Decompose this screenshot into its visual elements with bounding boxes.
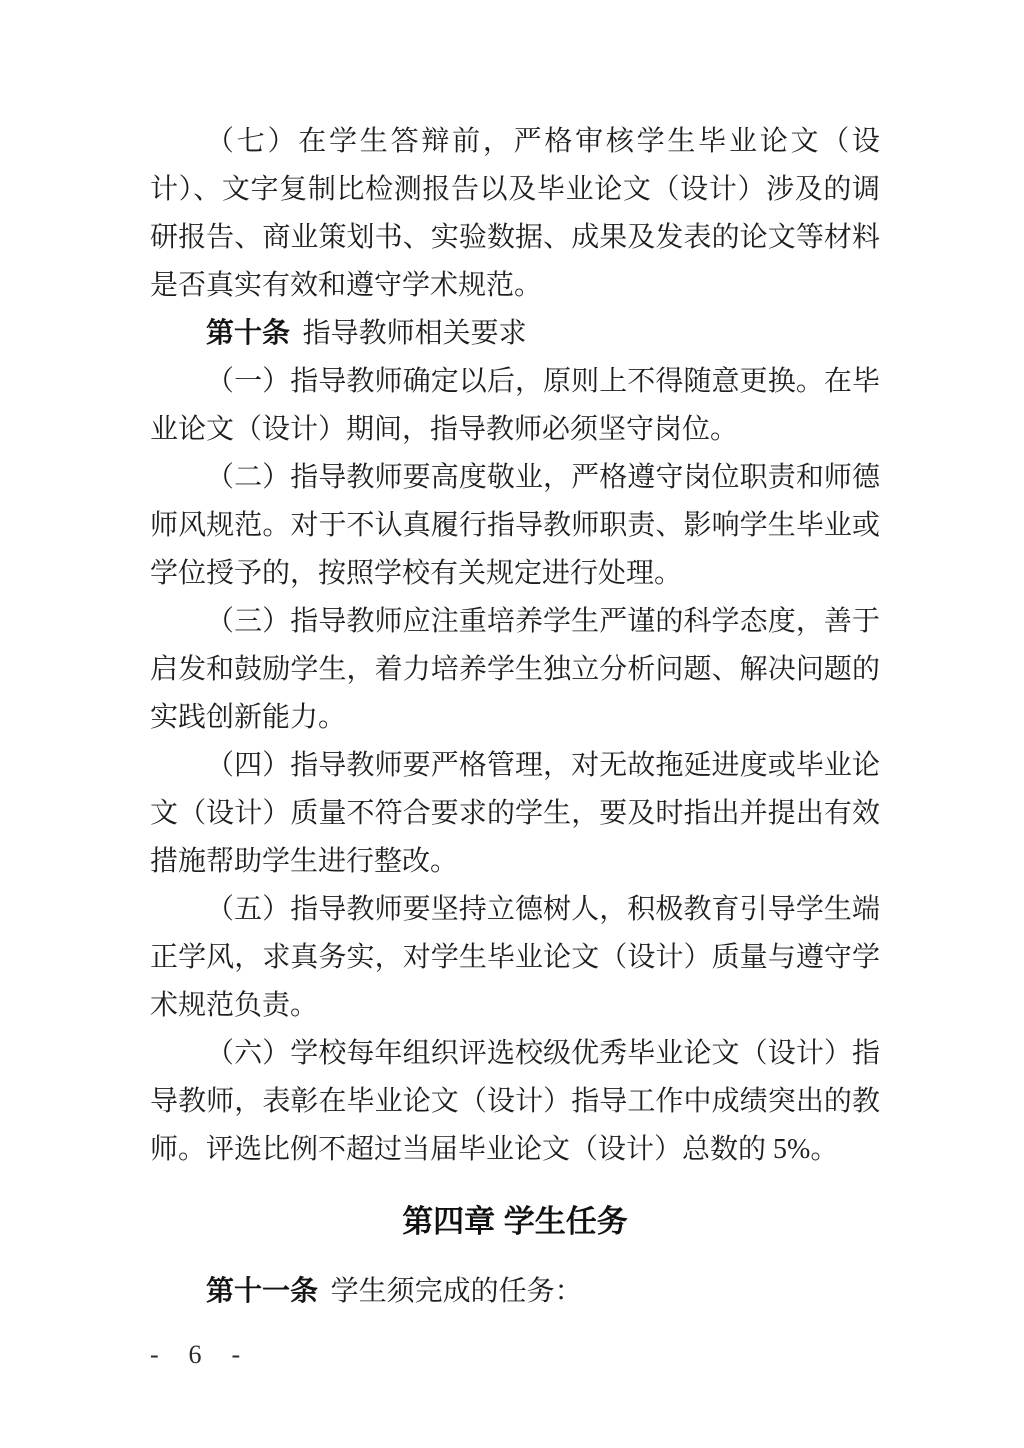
clause-4-paragraph: （四）指导教师要严格管理，对无故拖延进度或毕业论文（设计）质量不符合要求的学生，…: [150, 742, 880, 886]
clause-1-paragraph: （一）指导教师确定以后，原则上不得随意更换。在毕业论文（设计）期间，指导教师必须…: [150, 358, 880, 454]
chapter-4-heading: 第四章 学生任务: [150, 1200, 880, 1244]
article-10-paragraph: 第十条指导教师相关要求: [150, 310, 880, 358]
article-11-label: 第十一条: [206, 1276, 318, 1307]
article-10-label: 第十条: [206, 318, 290, 349]
clause-6-paragraph: （六）学校每年组织评选校级优秀毕业论文（设计）指导教师，表彰在毕业论文（设计）指…: [150, 1030, 880, 1174]
document-body: （七）在学生答辩前，严格审核学生毕业论文（设计）、文字复制比检测报告以及毕业论文…: [150, 118, 880, 1316]
clause-5-paragraph: （五）指导教师要坚持立德树人，积极教育引导学生端正学风，求真务实，对学生毕业论文…: [150, 886, 880, 1030]
article-11-text: 学生须完成的任务：: [331, 1276, 583, 1307]
clause-2-paragraph: （二）指导教师要高度敬业，严格遵守岗位职责和师德师风规范。对于不认真履行指导教师…: [150, 454, 880, 598]
clause-3-paragraph: （三）指导教师应注重培养学生严谨的科学态度，善于启发和鼓励学生，着力培养学生独立…: [150, 598, 880, 742]
article-11-paragraph: 第十一条学生须完成的任务：: [150, 1268, 880, 1316]
page-number: - 6 -: [150, 1340, 252, 1370]
clause-7-paragraph: （七）在学生答辩前，严格审核学生毕业论文（设计）、文字复制比检测报告以及毕业论文…: [150, 118, 880, 310]
article-10-text: 指导教师相关要求: [303, 318, 527, 349]
